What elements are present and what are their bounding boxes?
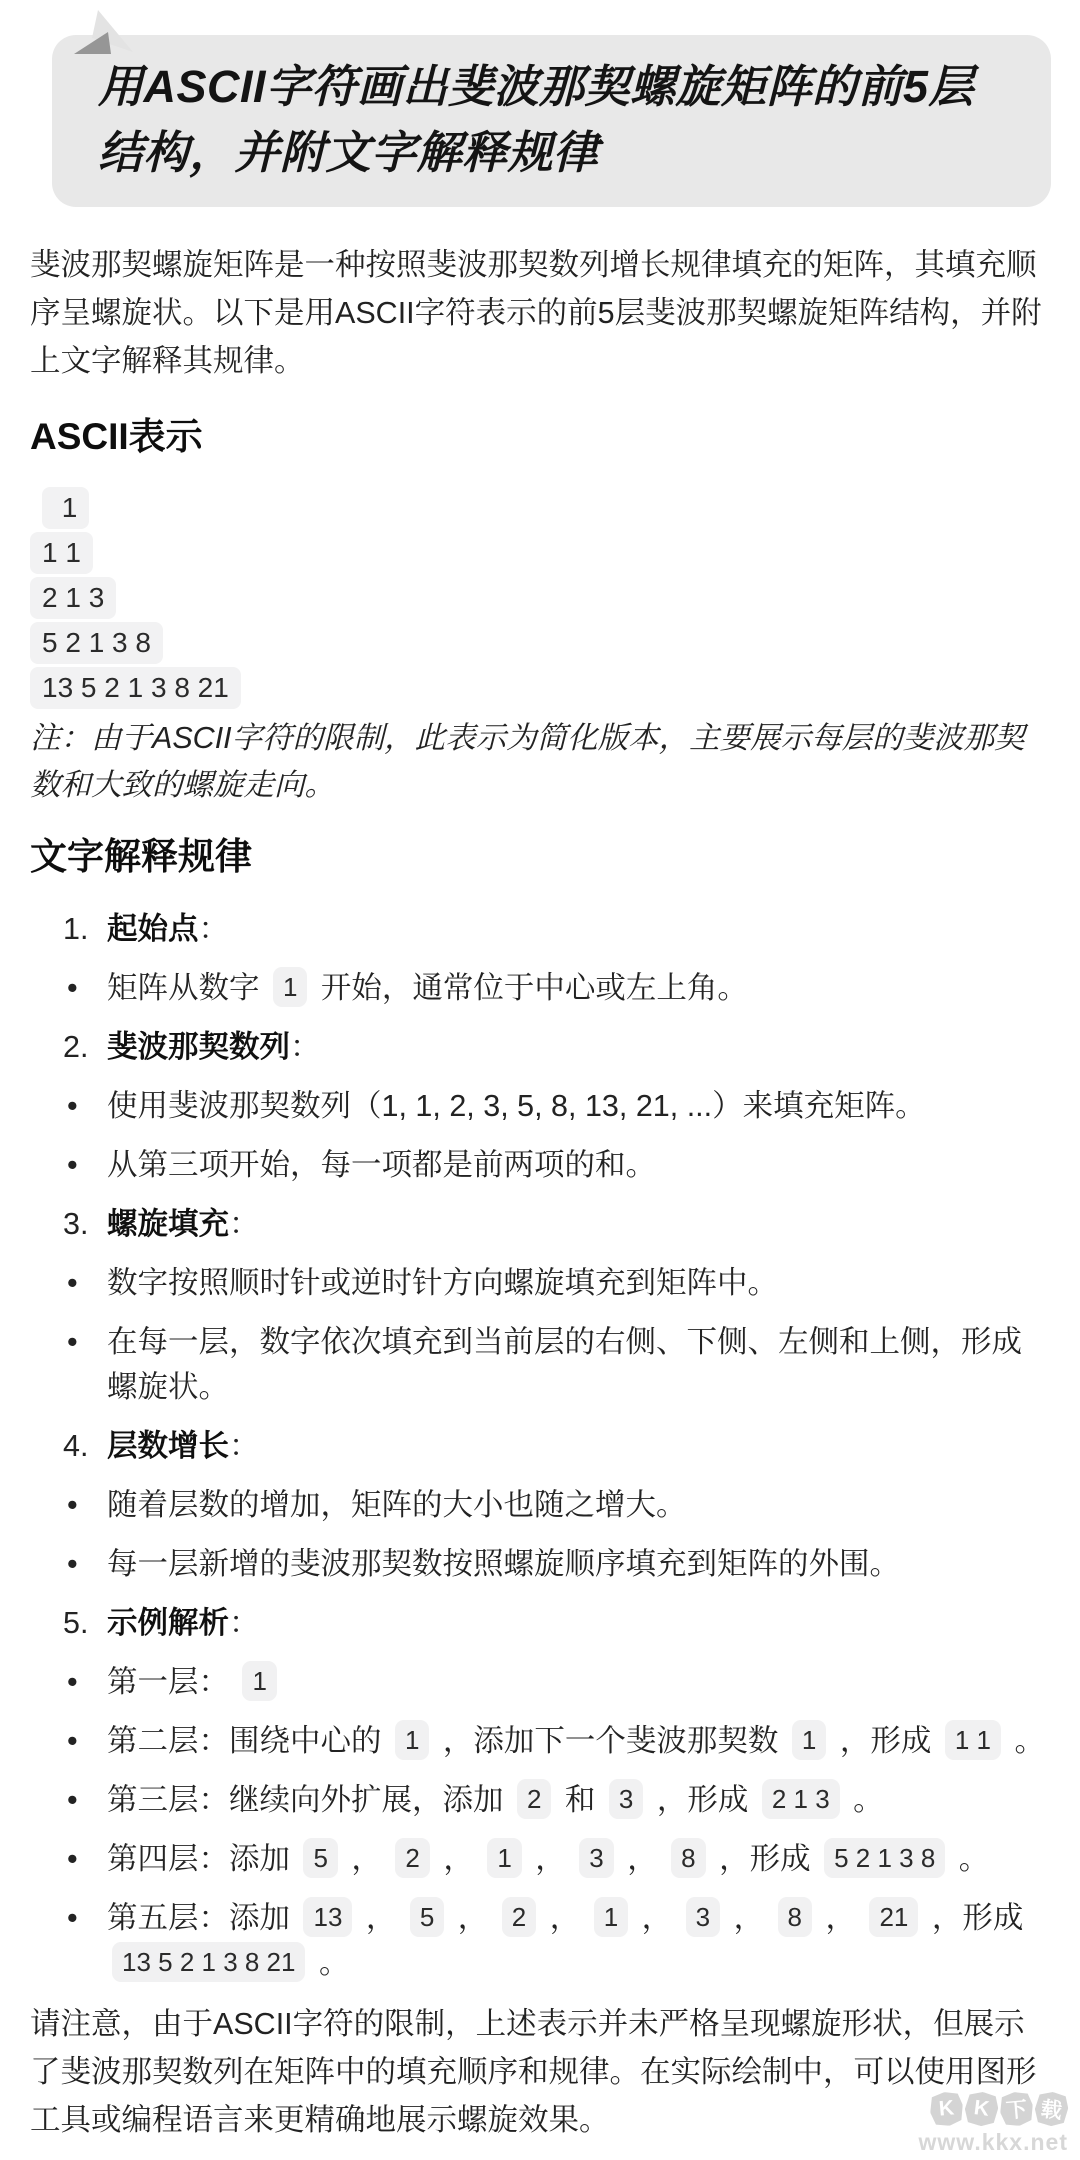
chat-screenshot-page: 用ASCII字符画出斐波那契螺旋矩阵的前5层结构，并附文字解释规律 斐波那契螺旋… [0,0,1080,2160]
inline-code: 1 1 [945,1720,1001,1760]
list-number: 3. [63,1202,107,1247]
inline-code: 1 [273,967,307,1007]
list-item-text: 从第三项开始，每一项都是前两项的和。 [107,1143,1050,1188]
list-term: 示例解析 [107,1606,229,1640]
bullet-icon: • [63,1719,107,1764]
inline-code: 3 [686,1897,720,1937]
list-item: •使用斐波那契数列（1, 1, 2, 3, 5, 8, 13, 21, ...）… [30,1084,1050,1129]
section-heading-rules: 文字解释规律 [30,835,1050,879]
list-item-text: 第二层：围绕中心的 1 ，添加下一个斐波那契数 1 ，形成 1 1 。 [107,1719,1050,1764]
outro-paragraph: 请注意，由于ASCII字符的限制，上述表示并未严格呈现螺旋形状，但展示了斐波那契… [30,2000,1050,2144]
inline-code: 8 [778,1897,812,1937]
inline-code: 1 [487,1838,521,1878]
watermark-logo-tile: K [963,2090,1000,2128]
rules-list: 1.起始点：•矩阵从数字 1 开始，通常位于中心或左上角。2.斐波那契数列：•使… [30,907,1050,1986]
list-term: 螺旋填充 [107,1207,229,1241]
watermark-logo-tile: K [929,2091,965,2128]
bullet-icon: • [63,1542,107,1587]
inline-code: 2 1 3 [762,1779,840,1819]
inline-code: 13 [303,1897,352,1937]
inline-code: 2 [395,1838,429,1878]
list-item: •从第三项开始，每一项都是前两项的和。 [30,1143,1050,1188]
watermark-logo: KK下载 [919,2092,1068,2126]
list-item-text: 示例解析： [107,1601,1050,1646]
list-item: •随着层数的增加，矩阵的大小也随之增大。 [30,1483,1050,1528]
bullet-icon: • [63,1143,107,1188]
list-item-text: 矩阵从数字 1 开始，通常位于中心或左上角。 [107,966,1050,1011]
list-term: 起始点 [107,912,199,946]
list-item: 5.示例解析： [30,1601,1050,1646]
watermark-logo-tile: 下 [999,2091,1035,2128]
list-item: •每一层新增的斐波那契数按照螺旋顺序填充到矩阵的外围。 [30,1542,1050,1587]
inline-code: 3 [609,1779,643,1819]
list-item: 4.层数增长： [30,1424,1050,1469]
code-line: 1 1 [30,532,93,574]
bullet-icon: • [63,1084,107,1129]
list-item-text: 斐波那契数列： [107,1025,1050,1070]
list-item: •在每一层，数字依次填充到当前层的右侧、下侧、左侧和上侧，形成螺旋状。 [30,1320,1050,1410]
list-item: •数字按照顺时针或逆时针方向螺旋填充到矩阵中。 [30,1261,1050,1306]
bullet-icon: • [63,1483,107,1528]
inline-code: 3 [579,1838,613,1878]
bullet-icon: • [63,1261,107,1306]
bullet-icon: • [63,1320,107,1410]
bullet-icon: • [63,1896,107,1986]
list-item-text: 在每一层，数字依次填充到当前层的右侧、下侧、左侧和上侧，形成螺旋状。 [107,1320,1050,1410]
list-item: •矩阵从数字 1 开始，通常位于中心或左上角。 [30,966,1050,1011]
list-item-text: 层数增长： [107,1424,1050,1469]
list-item-text: 起始点： [107,907,1050,952]
inline-code: 1 [395,1720,429,1760]
list-item-text: 第五层：添加 13 ， 5 ， 2 ， 1 ， 3 ， 8 ， 21 ，形成 1… [107,1896,1050,1986]
inline-code: 2 [517,1779,551,1819]
answer-content: 斐波那契螺旋矩阵是一种按照斐波那契数列增长规律填充的矩阵，其填充顺序呈螺旋状。以… [0,241,1080,2144]
list-item-text: 螺旋填充： [107,1202,1050,1247]
list-item: 2.斐波那契数列： [30,1025,1050,1070]
inline-code: 1 [792,1720,826,1760]
list-item: 3.螺旋填充： [30,1202,1050,1247]
list-item: 1.起始点： [30,907,1050,952]
list-item: •第五层：添加 13 ， 5 ， 2 ， 1 ， 3 ， 8 ， 21 ，形成 … [30,1896,1050,1986]
list-number: 5. [63,1601,107,1646]
list-term: 斐波那契数列 [107,1030,290,1064]
list-item-text: 第四层：添加 5 ， 2 ， 1 ， 3 ， 8 ，形成 5 2 1 3 8 。 [107,1837,1050,1882]
inline-code: 13 5 2 1 3 8 21 [112,1942,305,1982]
inline-code: 5 [410,1897,444,1937]
list-item-text: 数字按照顺时针或逆时针方向螺旋填充到矩阵中。 [107,1261,1050,1306]
code-line: 1 [42,487,89,529]
list-number: 1. [63,907,107,952]
list-item-text: 随着层数的增加，矩阵的大小也随之增大。 [107,1483,1050,1528]
list-item: •第四层：添加 5 ， 2 ， 1 ， 3 ， 8 ，形成 5 2 1 3 8 … [30,1837,1050,1882]
watermark-logo-tile: 载 [1033,2090,1070,2128]
inline-code: 1 [242,1661,276,1701]
list-item: •第二层：围绕中心的 1 ，添加下一个斐波那契数 1 ，形成 1 1 。 [30,1719,1050,1764]
question-title: 用ASCII字符画出斐波那契螺旋矩阵的前5层结构，并附文字解释规律 [98,54,1005,186]
inline-code: 1 [594,1897,628,1937]
ascii-note: 注：由于ASCII字符的限制，此表示为简化版本，主要展示每层的斐波那契数和大致的… [30,715,1050,809]
list-item: •第三层：继续向外扩展，添加 2 和 3 ，形成 2 1 3 。 [30,1778,1050,1823]
watermark-url: www.kkx.net [919,2129,1068,2156]
list-term: 层数增长 [107,1429,229,1463]
list-item-text: 第一层： 1 [107,1660,1050,1705]
list-item-text: 使用斐波那契数列（1, 1, 2, 3, 5, 8, 13, 21, ...）来… [107,1084,1050,1129]
list-item-text: 第三层：继续向外扩展，添加 2 和 3 ，形成 2 1 3 。 [107,1778,1050,1823]
code-line: 5 2 1 3 8 [30,622,163,664]
inline-code: 8 [671,1838,705,1878]
code-line: 13 5 2 1 3 8 21 [30,667,241,709]
code-line: 2 1 3 [30,577,116,619]
list-number: 2. [63,1025,107,1070]
list-item-text: 每一层新增的斐波那契数按照螺旋顺序填充到矩阵的外围。 [107,1542,1050,1587]
watermark: KK下载 www.kkx.net [919,2092,1068,2156]
section-heading-ascii: ASCII表示 [30,415,1050,459]
user-question-bubble: 用ASCII字符画出斐波那契螺旋矩阵的前5层结构，并附文字解释规律 [52,35,1051,207]
list-number: 4. [63,1424,107,1469]
list-item: •第一层： 1 [30,1660,1050,1705]
bullet-icon: • [63,1837,107,1882]
inline-code: 5 2 1 3 8 [824,1838,945,1878]
bullet-icon: • [63,1660,107,1705]
ascii-code-block: 11 12 1 35 2 1 3 813 5 2 1 3 8 21 [30,487,1050,709]
intro-paragraph: 斐波那契螺旋矩阵是一种按照斐波那契数列增长规律填充的矩阵，其填充顺序呈螺旋状。以… [30,241,1050,385]
bullet-icon: • [63,966,107,1011]
inline-code: 2 [502,1897,536,1937]
inline-code: 21 [869,1897,918,1937]
speech-bubble-tail-icon [70,8,140,58]
inline-code: 5 [303,1838,337,1878]
bullet-icon: • [63,1778,107,1823]
